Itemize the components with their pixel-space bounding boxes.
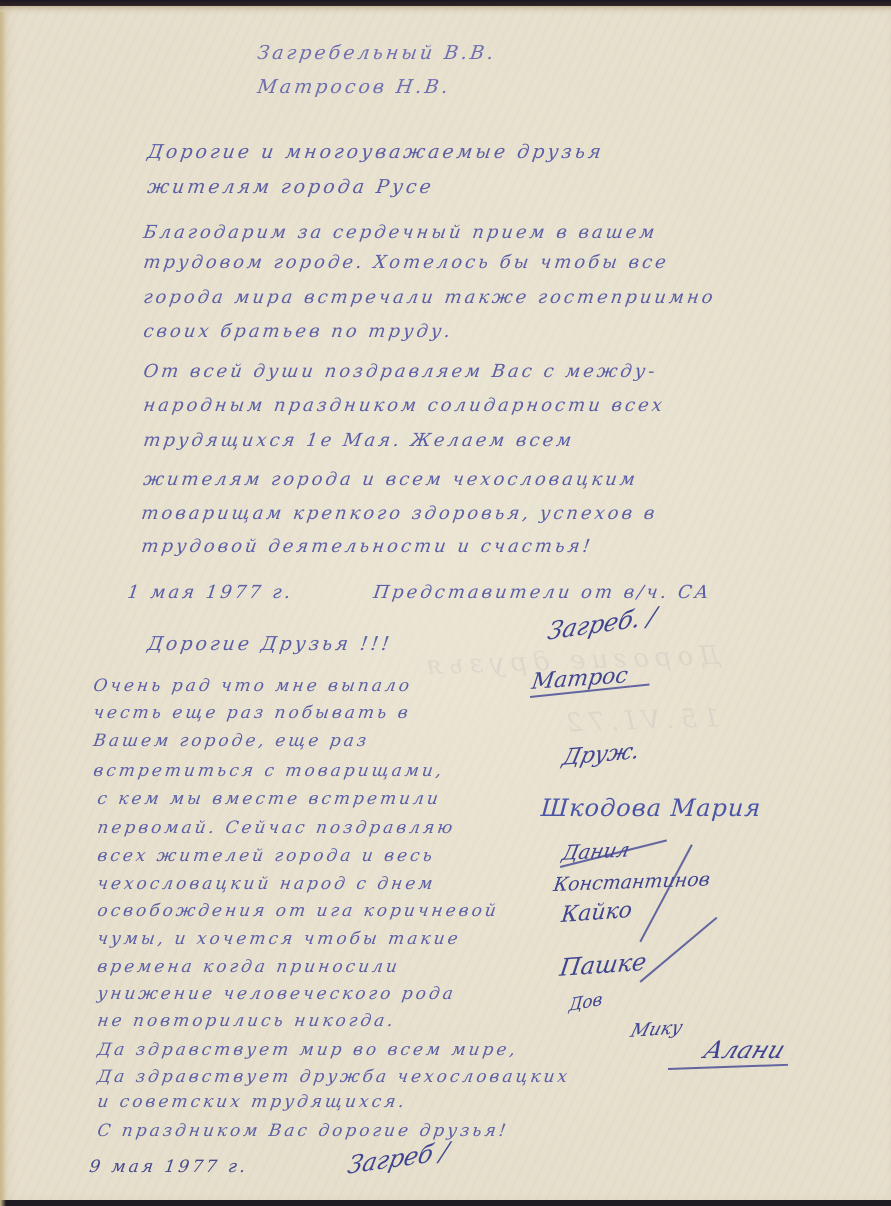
entry1-line: товарищам крепкого здоровья, успехов в [140, 503, 659, 524]
entry2-line: Да здравствует мир во всем мире, [96, 1040, 519, 1060]
entry1-line: города мира встречали также гостеприимно [142, 287, 717, 308]
header-name: Загребельный В.В. [256, 42, 498, 64]
entry2-line: с кем мы вместе встретили [96, 789, 442, 809]
entry1-line: жителям города и всем чехословацким [142, 469, 639, 490]
bleed-through-text: 15.VI.72 [560, 703, 721, 739]
entry1-line: своих братьев по труду. [142, 321, 455, 342]
entry2-line: времена когда приносили [96, 957, 401, 977]
entry1-signed-by: Представители от в/ч. СА [372, 582, 713, 603]
entry2-line: встретиться с товарищами, [92, 761, 446, 781]
entry1-line: трудовой деятельности и счастья! [140, 536, 594, 557]
entry2-line: унижение человеческого рода [96, 984, 457, 1004]
signature: Пашке [558, 948, 648, 982]
entry2-date: 9 мая 1977 г. [88, 1157, 250, 1177]
entry2-line: Вашем городе, еще раз [92, 731, 371, 751]
entry2-line: чумы, и хочется чтобы такие [96, 929, 462, 949]
entry1-line: Благодарим за сердечный прием в вашем [142, 222, 659, 243]
entry2-line: первомай. Сейчас поздравляю [96, 818, 457, 838]
entry2-line: чехословацкий народ с днем [96, 874, 437, 894]
signature: Дов [568, 989, 603, 1016]
entry2-greeting: Дорогие Друзья !!! [146, 633, 394, 655]
entry2-line: Очень рад что мне выпало [92, 676, 413, 696]
header-name: Матросов Н.В. [256, 76, 452, 98]
entry1-line: трудящихся 1е Мая. Желаем всем [142, 430, 576, 451]
entry2-line: не повторились никогда. [96, 1011, 397, 1031]
page-binding-edge [0, 12, 6, 1200]
entry2-line: честь еще раз побывать в [92, 703, 412, 723]
signature: Загреб / [345, 1137, 452, 1180]
entry2-line: и советских трудящихся. [96, 1092, 408, 1112]
signature: Загреб. / [545, 602, 659, 646]
guestbook-page: Дорогие друзья 15.VI.72 Загребельный В.В… [0, 6, 891, 1200]
entry2-line: Да здравствует дружба чехословацких [96, 1067, 571, 1087]
signature-flourish [640, 917, 718, 982]
entry2-line: освобождения от ига коричневой [96, 901, 500, 921]
signature-flourish [668, 1064, 788, 1070]
entry1-line: От всей души поздравляем Вас с между- [142, 361, 659, 382]
signature: Друж. [560, 739, 642, 771]
signature-flourish [639, 844, 692, 942]
signature: Мику [628, 1017, 685, 1042]
entry2-line: всех жителей города и весь [96, 846, 436, 866]
entry1-line: народным праздником солидарности всех [142, 395, 666, 416]
signature: Алани [700, 1036, 789, 1064]
signature: Кайко [560, 898, 633, 928]
entry1-line: трудовом городе. Хотелось бы чтобы все [142, 252, 670, 273]
entry1-date: 1 мая 1977 г. [126, 582, 295, 603]
entry1-line: жителям города Русе [146, 176, 435, 198]
signature: Константинов [552, 868, 711, 896]
signature: Шкодова Мария [540, 794, 762, 822]
entry1-line: Дорогие и многоуважаемые друзья [146, 141, 605, 163]
